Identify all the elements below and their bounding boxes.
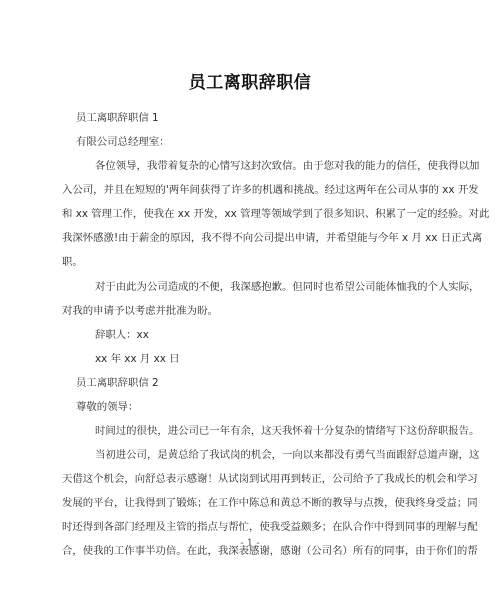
letter1-heading: 员工离职辞职信 1 <box>76 111 159 125</box>
letter2-para1-line: 时间过的很快，进公司已一年有余，这天我怀着十分复杂的情绪写下这份辞职报告。 <box>95 424 479 438</box>
letter1-para2-line: 对于由此为公司造成的不便，我深感抱歉。但同时也希望公司能体恤我的个人实际， <box>95 280 438 294</box>
letter2-para2-line: 发展的平台，让我得到了锻炼；在工作中陈总和黄总不断的教导与点拨，使我终身受益；同 <box>62 496 438 510</box>
letter1-para1-line: 我深怀感激!由于薪金的原因，我不得不向公司提出申请，并希望能与今年 x 月 xx… <box>62 231 438 245</box>
letter2-para2-line: 天借这个机会，向舒总表示感谢！从试岗到试用再到转正，公司给予了我成长的机会和学习 <box>62 472 438 486</box>
letter1-para2-line: 对我的申请予以考虑并批准为盼。 <box>62 304 218 318</box>
document-title: 员工离职辞职信 <box>0 68 500 93</box>
letter1-para1-line: 各位领导，我带着复杂的心情写这封次致信。由于您对我的能力的信任，使我得以加 <box>95 159 438 173</box>
document-page: 员工离职辞职信 员工离职辞职信 1 有限公司总经理室： 各位领导，我带着复杂的心… <box>0 0 500 594</box>
letter1-para1-line: 和 xx 管理工作，使我在 xx 开发，xx 管理等领域学到了很多知识、积累了一… <box>62 207 438 221</box>
letter2-para2-line: 时还得到各部门经理及主管的指点与帮忙，使我受益颇多；在队合作中得到同事的理解与配 <box>62 520 438 534</box>
letter1-para1-line: 入公司，并且在短短的'两年间获得了许多的机遇和挑战。经过这两年在公司从事的 xx… <box>62 183 438 197</box>
letter1-para1-line: 职。 <box>62 255 83 269</box>
letter2-salutation: 尊敬的领导： <box>76 400 138 414</box>
letter2-heading: 员工离职辞职信 2 <box>76 376 159 390</box>
letter1-salutation: 有限公司总经理室： <box>76 135 170 149</box>
page-number: - 1 - <box>0 538 500 549</box>
letter1-date: xx 年 xx 月 xx 日 <box>95 352 180 366</box>
letter1-signature: 辞职人：xx <box>95 328 149 342</box>
letter2-para2-line: 当初进公司，是黄总给了我试岗的机会，一向以来都没有勇气当面跟舒总道声谢，这 <box>95 448 438 462</box>
